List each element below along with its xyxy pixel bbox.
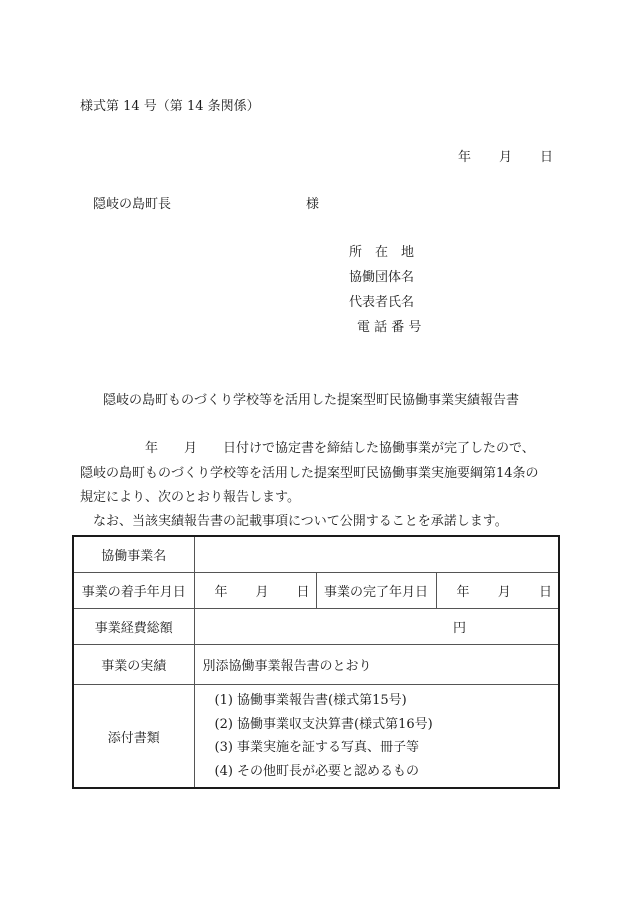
form-number: 様式第 14 号（第 14 条関係）: [80, 99, 260, 115]
sender-representative-label: 代表者氏名: [349, 295, 414, 311]
body-line-4: なお、当該実績報告書の記載事項について公開することを承諾します。: [80, 514, 508, 530]
end-date-label: 事業の完了年月日: [316, 573, 436, 609]
start-year: 年: [215, 581, 228, 600]
date-day: 日: [540, 150, 553, 166]
sender-group-label: 協働団体名: [349, 270, 414, 286]
start-date-label: 事業の着手年月日: [73, 573, 194, 609]
addressee-name: 隠岐の島町長: [93, 197, 171, 213]
start-month: 月: [255, 581, 268, 600]
total-cost-label: 事業経費総額: [73, 609, 194, 645]
row-attachments: 添付書類 (1) 協働事業報告書(様式第15号) (2) 協働事業収支決算書(様…: [73, 685, 559, 789]
end-month: 月: [498, 581, 511, 600]
attachments-list-cell: (1) 協働事業報告書(様式第15号) (2) 協働事業収支決算書(様式第16号…: [194, 685, 559, 789]
row-dates: 事業の着手年月日 年月日 事業の完了年月日 年月日: [73, 573, 559, 609]
project-name-label: 協働事業名: [73, 536, 194, 573]
sender-phone-label: 電 話 番 号: [357, 320, 421, 336]
report-table: 協働事業名 事業の着手年月日 年月日 事業の完了年月日 年月日 事業経費総額 円…: [72, 535, 560, 789]
end-day: 日: [539, 581, 552, 600]
start-date-field[interactable]: 年月日: [194, 573, 316, 609]
total-cost-field[interactable]: 円: [194, 609, 559, 645]
results-label: 事業の実績: [73, 645, 194, 685]
body-line-1: 年 月 日付けで協定書を締結した協働事業が完了したので、: [80, 441, 535, 457]
row-results: 事業の実績 別添協働事業報告書のとおり: [73, 645, 559, 685]
end-date-field[interactable]: 年月日: [436, 573, 559, 609]
end-year: 年: [457, 581, 470, 600]
submission-date: 年月日: [458, 150, 553, 166]
row-total-cost: 事業経費総額 円: [73, 609, 559, 645]
project-name-field[interactable]: [194, 536, 559, 573]
yen-unit: 円: [453, 621, 466, 636]
body-line-3: 規定により、次のとおり報告します。: [80, 490, 300, 506]
attachment-item: (1) 協働事業報告書(様式第15号): [215, 689, 559, 713]
attachment-item: (4) その他町長が必要と認めるもの: [215, 760, 559, 784]
attachments-label: 添付書類: [73, 685, 194, 789]
date-year: 年: [458, 150, 471, 166]
body-line-2: 隠岐の島町ものづくり学校等を活用した提案型町民協働事業実施要綱第14条の: [80, 466, 539, 482]
row-project-name: 協働事業名: [73, 536, 559, 573]
date-month: 月: [499, 150, 512, 166]
document-title: 隠岐の島町ものづくり学校等を活用した提案型町民協働事業実績報告書: [103, 393, 519, 409]
sender-address-label: 所 在 地: [349, 245, 414, 261]
addressee-honorific: 様: [306, 197, 319, 213]
results-value: 別添協働事業報告書のとおり: [194, 645, 559, 685]
start-day: 日: [296, 581, 309, 600]
attachments-list: (1) 協働事業報告書(様式第15号) (2) 協働事業収支決算書(様式第16号…: [195, 685, 559, 787]
attachment-item: (3) 事業実施を証する写真、冊子等: [215, 736, 559, 760]
attachment-item: (2) 協働事業収支決算書(様式第16号): [215, 713, 559, 737]
